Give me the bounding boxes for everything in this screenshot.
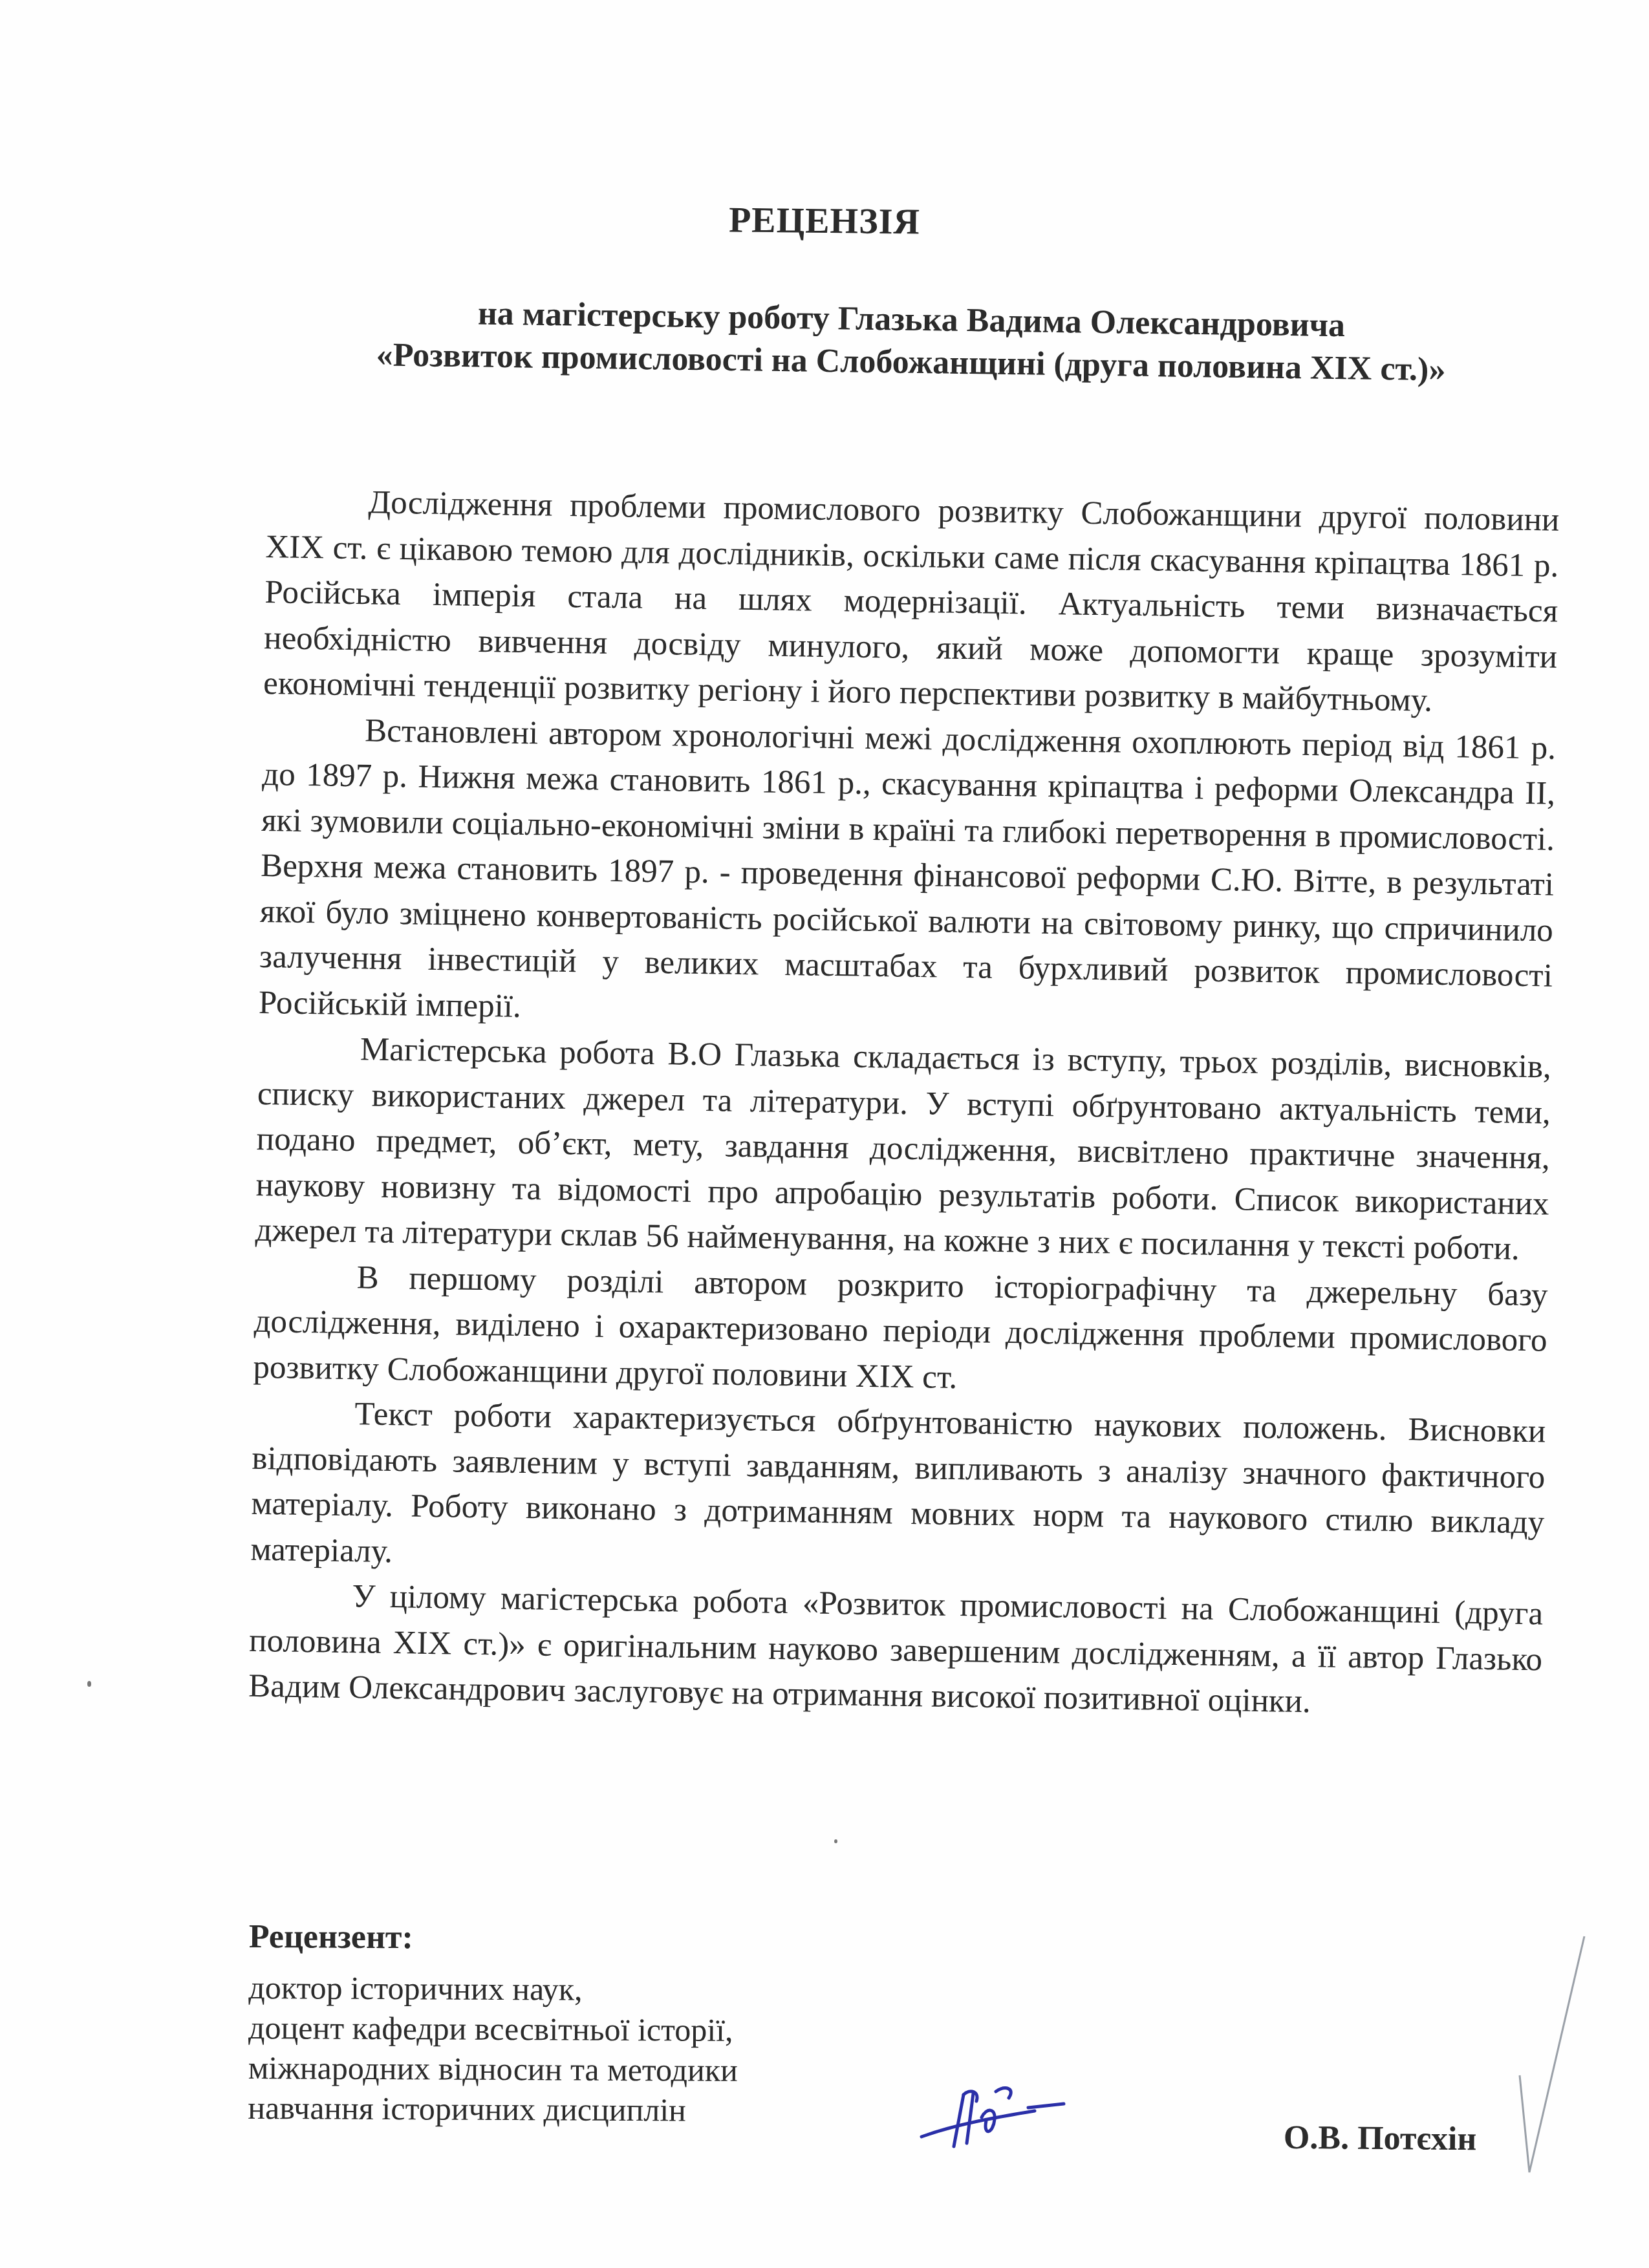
reviewer-position-1: доцент кафедри всесвітньої історії, [248, 2007, 738, 2050]
paragraph-relevance: Дослідження проблеми промислового розвит… [263, 478, 1560, 725]
reviewer-block: Рецензент: доктор історичних наук, доцен… [248, 1917, 738, 2130]
reviewer-degree: доктор історичних наук, [248, 1967, 738, 2010]
paragraph-chronology: Встановлені автором хронологічні межі до… [258, 706, 1556, 1044]
check-mark-icon [1513, 1933, 1591, 2179]
document-title: РЕЦЕНЗІЯ [0, 192, 1649, 251]
paragraph-first-chapter: В першому розділі автором розкрито істор… [253, 1253, 1548, 1409]
reviewer-label: Рецензент: [249, 1917, 739, 1960]
reviewer-name: О.В. Потєхін [1284, 2119, 1477, 2159]
scan-speck [87, 1681, 91, 1687]
document-page: РЕЦЕНЗІЯ на магістерську роботу Глазька … [0, 0, 1649, 2268]
reviewer-position-3: навчання історичних дисциплін [248, 2088, 738, 2130]
paragraph-conclusion: У цілому магістерська робота «Розвиток п… [248, 1572, 1544, 1728]
handwritten-signature-icon [918, 2082, 1138, 2153]
paragraph-quality: Текст роботи характеризується обґрунтова… [250, 1390, 1546, 1592]
document-subtitle: на магістерську роботу Глазька Вадима Ол… [270, 290, 1552, 393]
paragraph-structure: Магістерська робота В.О Глазька складаєт… [255, 1025, 1551, 1272]
scan-speck [834, 1839, 837, 1843]
reviewer-position-2: міжнародних відносин та методики [248, 2048, 738, 2090]
review-body: Дослідження проблеми промислового розвит… [248, 478, 1560, 1728]
